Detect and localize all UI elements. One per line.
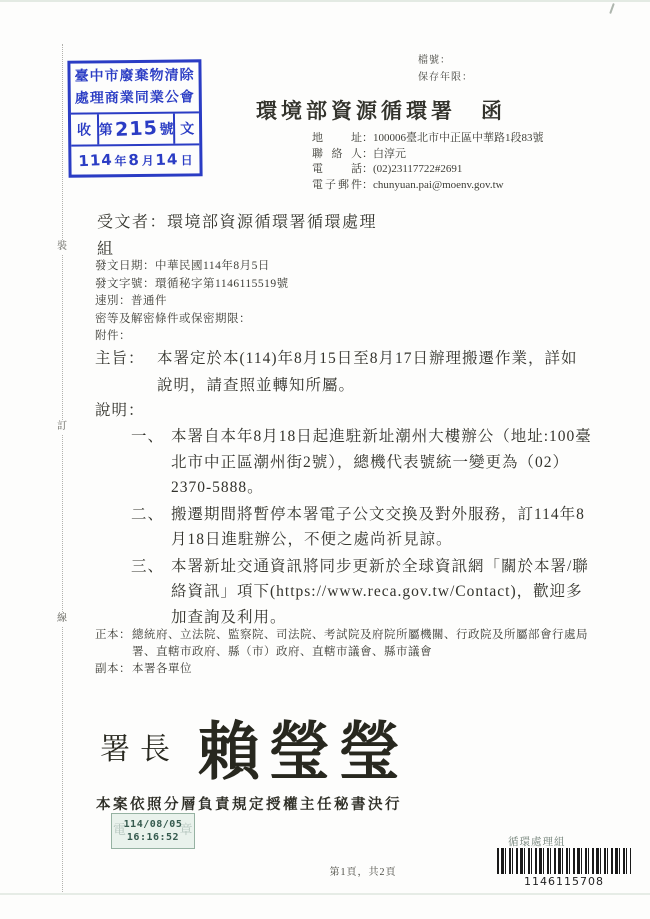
agency-email-value: chunyuan.pai@moenv.gov.tw <box>373 179 504 191</box>
binding-mark-ding: 訂 <box>55 420 69 434</box>
received-stamp-receive-label: 收 <box>71 114 99 144</box>
received-stamp-number-cell: 第 215 號 <box>99 114 174 145</box>
meta-attachment: 附件： <box>95 328 289 346</box>
recipient-block: 受文者：環境部資源循環署循環處理 組 <box>97 209 377 263</box>
signer-title: 署長 <box>100 724 180 768</box>
meta-priority-label: 速別： <box>95 295 131 307</box>
received-stamp-date-month-unit: 月 <box>142 151 154 168</box>
description-items: 一、 本署自本年8月18日起進駐新址潮州大樓辦公（地址:100臺北市中正區潮州街… <box>131 424 593 631</box>
meta-priority: 速別：普通件 <box>95 293 289 311</box>
agency-phone-value: (02)23117722#2691 <box>373 163 462 175</box>
received-stamp-date-year: 114 <box>78 151 113 171</box>
received-stamp-org-line2: 處理商業同業公會 <box>71 87 199 110</box>
received-stamp-doc-label: 文 <box>173 113 199 143</box>
agency-info-block: 地址：100006臺北市中正區中華路1段83號 聯絡人：白淳元 電話：(02)2… <box>312 131 544 193</box>
agency-contact-value: 白淳元 <box>373 148 406 160</box>
document-meta-block: 發文日期：中華民國114年8月5日 發文字號：環循秘字第1146115519號 … <box>95 258 289 346</box>
pen-mark <box>609 3 615 14</box>
received-stamp-date-row: 114 年 8 月 14 日 <box>71 143 199 174</box>
meta-security-label: 密等及解密條件或保密期限： <box>95 313 251 325</box>
recipient-name-part1: 環境部資源循環署循環處理 <box>167 214 377 231</box>
original-copy-row: 正本： 總統府、立法院、監察院、司法院、考試院及府院所屬機關、行政院及所屬部會行… <box>95 627 600 661</box>
description-item-3-number: 三、 <box>131 554 171 631</box>
cc-copy-row: 副本： 本署各單位 <box>95 661 600 678</box>
received-stamp-date-day-unit: 日 <box>181 151 193 168</box>
received-stamp-date-day: 14 <box>155 150 179 169</box>
received-stamp-date-month: 8 <box>128 151 140 170</box>
description-item-2: 二、 搬遷期間將暫停本署電子公文交換及對外服務，訂114年8月18日進駐辦公，不… <box>131 502 593 553</box>
agency-contact-label: 聯絡人 <box>312 147 362 163</box>
electronic-exchange-stamp: 電 114/08/05 16:16:52 章 <box>111 813 195 849</box>
copies-block: 正本： 總統府、立法院、監察院、司法院、考試院及府院所屬機關、行政院及所屬部會行… <box>95 627 600 678</box>
description-item-2-number: 二、 <box>131 502 171 553</box>
barcode-number: 1146115708 <box>497 875 631 888</box>
exchange-stamp-date: 114/08/05 <box>124 818 183 831</box>
subject-label: 主旨： <box>95 345 157 399</box>
received-stamp-date-year-unit: 年 <box>114 152 126 169</box>
page-number-footer: 第1頁，共2頁 <box>268 863 458 878</box>
subject-block: 主旨： 本署定於本(114)年8月15日至8月17日辦理搬遷作業，詳如說明，請查… <box>95 345 593 399</box>
agency-phone-row: 電話：(02)23117722#2691 <box>312 162 544 178</box>
received-stamp: 臺中市廢棄物清除 處理商業同業公會 收 第 215 號 文 114 年 8 月 … <box>67 59 202 177</box>
barcode <box>497 848 631 874</box>
colon: ： <box>362 132 373 144</box>
agency-address-label: 地址 <box>312 131 362 147</box>
handling-unit-label: 循環處理組 <box>508 834 566 849</box>
meta-security: 密等及解密條件或保密期限： <box>95 311 289 329</box>
file-no-label: 檔號： <box>418 52 473 69</box>
description-label: 說明： <box>95 398 145 420</box>
authorization-note: 本案依照分層負責規定授權主任秘書決行 <box>96 793 402 814</box>
signature-block: 署長 賴瑩瑩 <box>100 700 408 792</box>
cc-copy-label: 副本： <box>95 661 132 678</box>
description-item-1-text: 本署自本年8月18日起進駐新址潮州大樓辦公（地址:100臺北市中正區潮州街2號）… <box>171 424 593 501</box>
scan-edge-shadow <box>0 893 650 895</box>
meta-issue-date-value: 中華民國114年8月5日 <box>155 260 270 272</box>
colon: ： <box>362 163 373 175</box>
meta-doc-number: 發文字號：環循秘字第1146115519號 <box>95 276 289 294</box>
agency-email-label: 電子郵件 <box>312 178 362 194</box>
meta-issue-date: 發文日期：中華民國114年8月5日 <box>95 258 289 276</box>
exchange-stamp-left-glyph: 電 <box>113 823 127 836</box>
retention-label: 保存年限： <box>418 69 473 86</box>
recipient-label: 受文者： <box>97 214 167 231</box>
description-item-1-number: 一、 <box>131 424 171 501</box>
received-stamp-number-prefix: 第 <box>99 119 113 139</box>
meta-doc-number-value: 環循秘字第1146115519號 <box>155 278 289 290</box>
description-item-3: 三、 本署新址交通資訊將同步更新於全球資訊網「關於本署/聯絡資訊」項下(http… <box>131 554 593 631</box>
meta-issue-date-label: 發文日期： <box>95 260 155 272</box>
colon: ： <box>362 179 373 191</box>
binding-dotted-line <box>62 44 63 892</box>
file-reference-block: 檔號： 保存年限： <box>418 52 473 86</box>
meta-doc-number-label: 發文字號： <box>95 278 155 290</box>
description-item-2-text: 搬遷期間將暫停本署電子公文交換及對外服務，訂114年8月18日進駐辦公，不便之處… <box>171 502 593 553</box>
received-stamp-org: 臺中市廢棄物清除 處理商業同業公會 <box>70 62 199 112</box>
recipient-line1: 受文者：環境部資源循環署循環處理 <box>97 209 377 236</box>
colon: ： <box>362 148 373 160</box>
binding-mark-xian: 線 <box>55 612 69 626</box>
agency-address-row: 地址：100006臺北市中正區中華路1段83號 <box>312 131 544 147</box>
cc-copy-list: 本署各單位 <box>132 661 600 678</box>
original-copy-label: 正本： <box>95 627 132 661</box>
meta-attachment-label: 附件： <box>95 330 131 342</box>
received-stamp-org-line1: 臺中市廢棄物清除 <box>70 65 198 88</box>
received-stamp-number: 215 <box>114 117 158 141</box>
agency-phone-label: 電話 <box>312 162 362 178</box>
original-copy-list: 總統府、立法院、監察院、司法院、考試院及府院所屬機關、行政院及所屬部會行處局署、… <box>132 627 600 661</box>
received-stamp-number-suffix: 號 <box>159 119 173 139</box>
agency-email-row: 電子郵件：chunyuan.pai@moenv.gov.tw <box>312 178 544 194</box>
meta-priority-value: 普通件 <box>131 295 167 307</box>
subject-text: 本署定於本(114)年8月15日至8月17日辦理搬遷作業，詳如說明，請查照並轉知… <box>157 345 593 399</box>
agency-contact-row: 聯絡人：白淳元 <box>312 147 544 163</box>
description-item-1: 一、 本署自本年8月18日起進駐新址潮州大樓辦公（地址:100臺北市中正區潮州街… <box>131 424 593 501</box>
agency-address-value: 100006臺北市中正區中華路1段83號 <box>373 132 544 144</box>
binding-mark-zhuang: 裝 <box>55 240 69 254</box>
description-item-3-text: 本署新址交通資訊將同步更新於全球資訊網「關於本署/聯絡資訊」項下(https:/… <box>171 554 593 631</box>
signer-name: 賴瑩瑩 <box>198 701 408 792</box>
received-stamp-number-row: 收 第 215 號 文 <box>71 111 199 144</box>
exchange-stamp-right-glyph: 章 <box>179 823 193 836</box>
scanned-official-letter: 裝 訂 線 臺中市廢棄物清除 處理商業同業公會 收 第 215 號 文 114 … <box>0 0 650 919</box>
exchange-stamp-time: 16:16:52 <box>127 831 179 844</box>
document-title: 環境部資源循環署 函 <box>256 95 506 125</box>
